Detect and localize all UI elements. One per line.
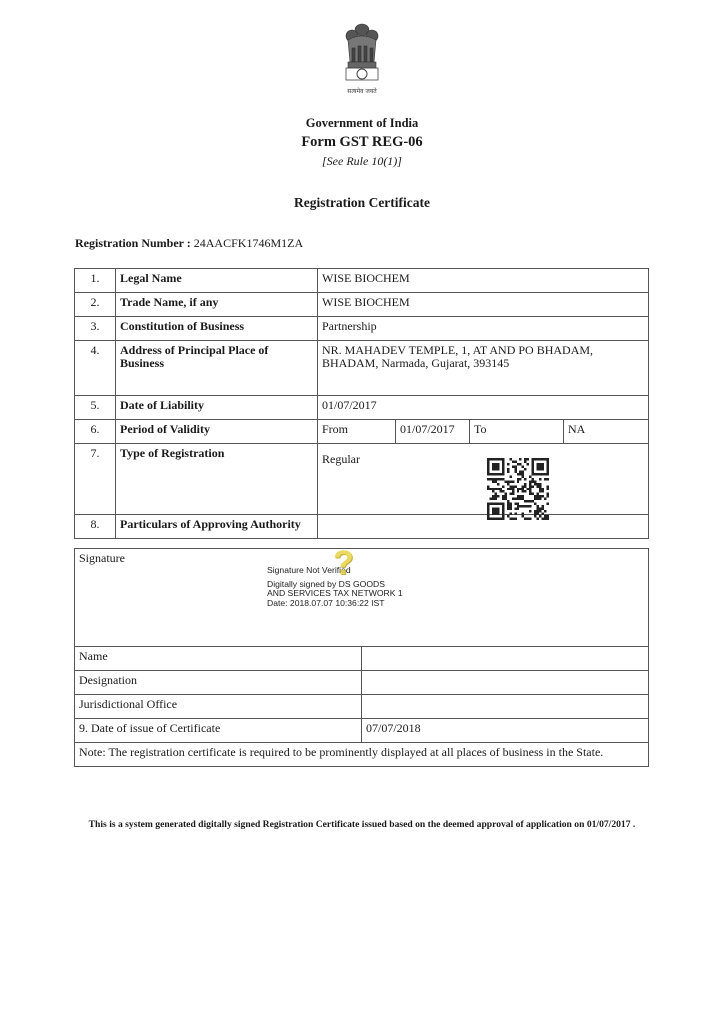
address-value: NR. MAHADEV TEMPLE, 1, AT AND PO BHADAM,… (318, 341, 649, 396)
table-row: 9. Date of issue of Certificate 07/07/20… (75, 719, 649, 743)
row-number: 5. (75, 396, 116, 420)
designation-value (362, 671, 649, 695)
row-number: 2. (75, 293, 116, 317)
issue-date-value: 07/07/2018 (362, 719, 649, 743)
authority-label: Name (75, 647, 362, 671)
government-heading: Government of India (0, 116, 724, 131)
jurisdictional-office-value (362, 695, 649, 719)
svg-text:सत्यमेव जयते: सत्यमेव जयते (347, 87, 377, 95)
table-row: 8. Particulars of Approving Authority (75, 515, 649, 539)
validity-cell: From 01/07/2017 To NA (318, 420, 649, 444)
table-row: 2. Trade Name, if any WISE BIOCHEM (75, 293, 649, 317)
field-label: Period of Validity (116, 420, 318, 444)
table-row: Note: The registration certificate is re… (75, 743, 649, 767)
table-row: Jurisdictional Office (75, 695, 649, 719)
table-row: Name (75, 647, 649, 671)
table-row: 7. Type of Registration Regular (75, 444, 649, 515)
registration-number-label: Registration Number : (75, 236, 191, 250)
field-label: Type of Registration (116, 444, 318, 515)
authority-label: Jurisdictional Office (75, 695, 362, 719)
table-row: 4. Address of Principal Place of Busines… (75, 341, 649, 396)
row-number: 8. (75, 515, 116, 539)
details-table: 1. Legal Name WISE BIOCHEM 2. Trade Name… (74, 268, 649, 539)
question-mark-icon: ? (333, 557, 354, 570)
table-row: Designation (75, 671, 649, 695)
signature-date: Date: 2018.07.07 10:36:22 IST (267, 599, 403, 609)
date-of-liability-value: 01/07/2017 (318, 396, 649, 420)
national-emblem-icon: सत्यमेव जयते (330, 18, 394, 98)
row-number: 6. (75, 420, 116, 444)
legal-name-value: WISE BIOCHEM (318, 269, 649, 293)
field-label: Date of Liability (116, 396, 318, 420)
registration-number: Registration Number : 24AACFK1746M1ZA (75, 236, 303, 251)
registration-type-cell: Regular (318, 444, 649, 515)
to-label: To (470, 420, 564, 443)
signature-label: Signature (79, 551, 125, 565)
system-generated-footer: This is a system generated digitally sig… (0, 819, 724, 830)
authority-table: Signature Signature Not Verified Digital… (74, 548, 649, 767)
table-row: 5. Date of Liability 01/07/2017 (75, 396, 649, 420)
registration-number-value: 24AACFK1746M1ZA (194, 236, 303, 250)
row-number: 1. (75, 269, 116, 293)
row-number: 7. (75, 444, 116, 515)
to-date: NA (564, 420, 649, 443)
field-label: Address of Principal Place of Business (116, 341, 318, 396)
approving-authority-value (318, 515, 649, 539)
trade-name-value: WISE BIOCHEM (318, 293, 649, 317)
constitution-value: Partnership (318, 317, 649, 341)
row-number: 4. (75, 341, 116, 396)
field-label: Constitution of Business (116, 317, 318, 341)
table-row: 6. Period of Validity From 01/07/2017 To… (75, 420, 649, 444)
signature-row: Signature Signature Not Verified Digital… (75, 549, 649, 647)
row-number: 3. (75, 317, 116, 341)
rule-reference: [See Rule 10(1)] (0, 154, 724, 169)
table-row: 1. Legal Name WISE BIOCHEM (75, 269, 649, 293)
from-label: From (318, 420, 396, 443)
table-row: 3. Constitution of Business Partnership (75, 317, 649, 341)
field-label: Legal Name (116, 269, 318, 293)
qr-code-icon (487, 458, 549, 520)
registration-type-value: Regular (322, 453, 644, 466)
from-date: 01/07/2017 (396, 420, 470, 443)
display-note: Note: The registration certificate is re… (75, 743, 649, 767)
field-label: Trade Name, if any (116, 293, 318, 317)
authority-label: Designation (75, 671, 362, 695)
form-title: Form GST REG-06 (0, 134, 724, 151)
certificate-title: Registration Certificate (0, 195, 724, 211)
field-label: Particulars of Approving Authority (116, 515, 318, 539)
authority-label: 9. Date of issue of Certificate (75, 719, 362, 743)
authority-name-value (362, 647, 649, 671)
signature-cell: Signature Signature Not Verified Digital… (75, 549, 649, 647)
